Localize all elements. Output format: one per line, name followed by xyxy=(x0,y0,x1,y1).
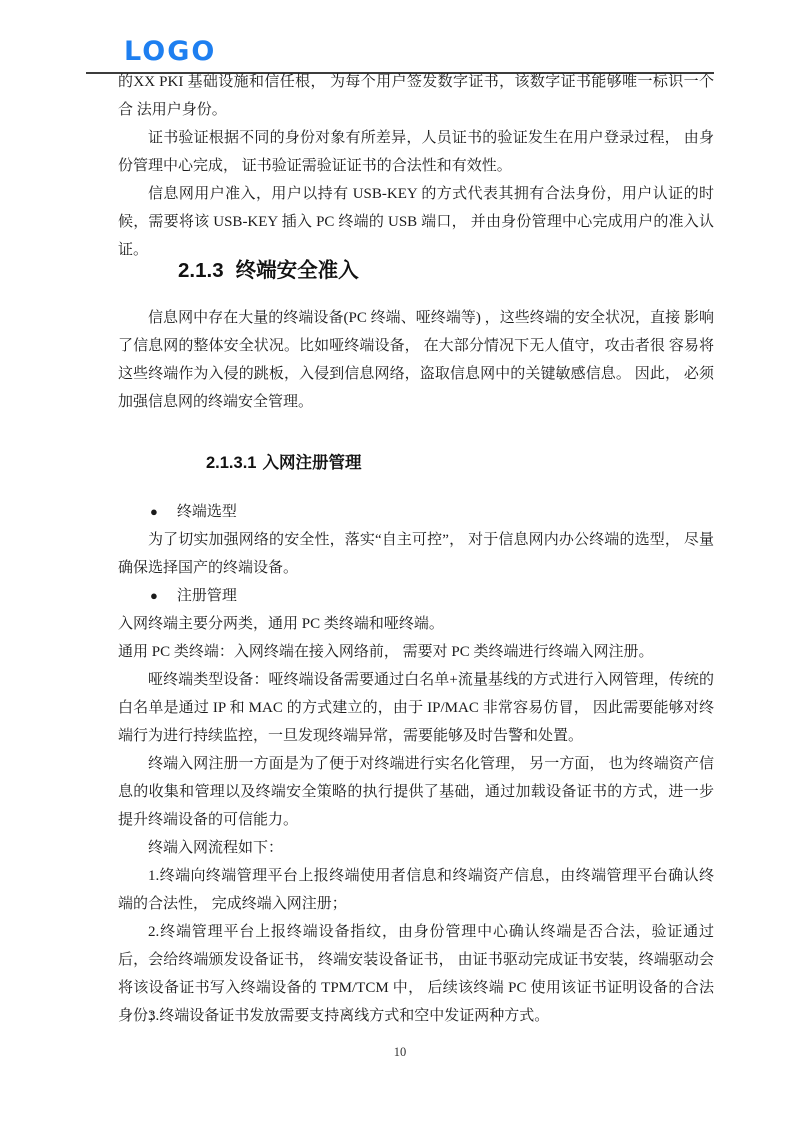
paragraph: 终端入网流程如下： xyxy=(118,834,714,862)
document-page: LOGO 的XX PKI 基础设施和信任根， 为每个用户签发数字证书，该数字证书… xyxy=(0,0,800,1132)
bullet-label: 终端选型 xyxy=(177,504,237,520)
paragraph: 的XX PKI 基础设施和信任根， 为每个用户签发数字证书，该数字证书能够唯一标… xyxy=(118,68,714,124)
subsection-heading: 2.1.3.1入网注册管理 xyxy=(206,450,361,476)
paragraph: 哑终端类型设备：哑终端设备需要通过白名单+流量基线的方式进行入网管理，传统的白名… xyxy=(118,666,714,750)
section-heading: 2.1.3终端安全准入 xyxy=(178,254,359,288)
bullet-item: ●终端选型 xyxy=(118,498,714,526)
paragraph: 证书验证根据不同的身份对象有所差异，人员证书的验证发生在用户登录过程， 由身份管… xyxy=(118,124,714,180)
paragraph: 信息网中存在大量的终端设备(PC 终端、哑终端等) ，这些终端的安全状况，直接 … xyxy=(118,304,714,416)
subsection-number: 2.1.3.1 xyxy=(206,454,256,472)
section-number: 2.1.3 xyxy=(178,259,224,282)
bullet-icon: ● xyxy=(150,498,158,526)
section-title: 终端安全准入 xyxy=(236,259,359,282)
paragraph: 为了切实加强网络的安全性，落实“自主可控”， 对于信息网内办公终端的选型， 尽量… xyxy=(118,526,714,582)
paragraph: 通用 PC 类终端：入网终端在接入网络前， 需要对 PC 类终端进行终端入网注册… xyxy=(118,638,714,666)
subsection-title: 入网注册管理 xyxy=(262,454,361,472)
paragraph: 1.终端向终端管理平台上报终端使用者信息和终端资产信息，由终端管理平台确认终端的… xyxy=(118,862,714,918)
paragraph: 终端入网注册一方面是为了便于对终端进行实名化管理， 另一方面， 也为终端资产信息… xyxy=(118,750,714,834)
bullet-label: 注册管理 xyxy=(177,588,237,604)
bullet-icon: ● xyxy=(150,582,158,610)
bullet-item: ●注册管理 xyxy=(118,582,714,610)
paragraph: 入网终端主要分两类，通用 PC 类终端和哑终端。 xyxy=(118,610,714,638)
page-number: 10 xyxy=(0,1044,800,1060)
paragraph: 3.终端设备证书发放需要支持离线方式和空中发证两种方式。 xyxy=(118,1002,714,1030)
paragraph: 信息网用户准入，用户以持有 USB-KEY 的方式代表其拥有合法身份，用户认证的… xyxy=(118,180,714,264)
company-logo: LOGO xyxy=(124,38,216,65)
